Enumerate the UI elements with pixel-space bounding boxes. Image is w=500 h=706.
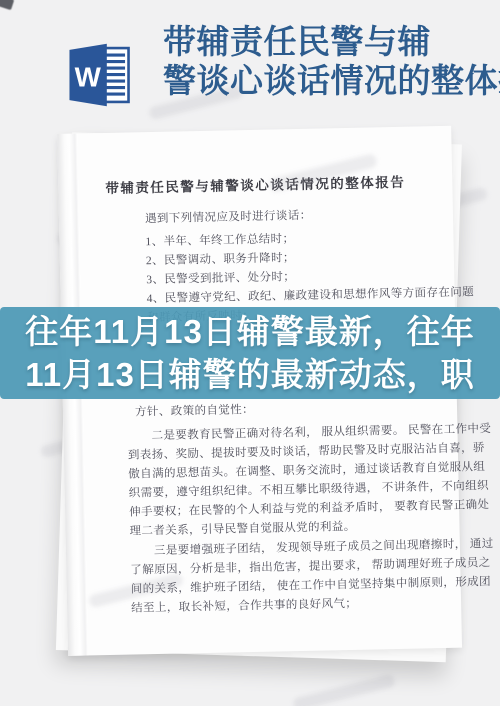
- header: W 带辅责任民警与辅 警谈心谈话情况的整体报告: [0, 0, 500, 128]
- word-icon-page-lines: [104, 55, 125, 94]
- word-icon-letter: W: [75, 61, 102, 92]
- watermark-smudge: [292, 674, 396, 706]
- doc-list-item: 1、半年、年终工作总结时；: [145, 230, 294, 249]
- doc-line: 理二者关系，引导民警自觉服从党的利益。: [129, 518, 355, 539]
- doc-list-item: 4、民警遵守党纪、政纪、廉政建设和思想作风等方面存在问题: [146, 283, 474, 306]
- overlay-title-line1: 往年11月13日辅警最新，往年: [25, 310, 475, 353]
- doc-line: 间的关系，维护班子团结， 使在工作中自觉坚持集中制原则，形成团: [131, 573, 492, 597]
- doc-list-item: 2、民警调动、职务升降时；: [146, 249, 295, 268]
- document-title: 带辅责任民警与辅警谈心谈话情况的整体报告: [58, 170, 452, 198]
- header-title-line1: 带辅责任民警与辅: [163, 22, 500, 61]
- overlay-title-band: 往年11月13日辅警最新，往年 11月13日辅警的最新动态，职: [0, 307, 500, 399]
- header-title: 带辅责任民警与辅 警谈心谈话情况的整体报告: [163, 22, 500, 100]
- doc-line: 结至上，取长补短，合作共事的良好风气；: [131, 595, 357, 616]
- overlay-title-line2: 11月13日辅警的最新动态，职: [25, 353, 475, 396]
- word-icon: W: [66, 40, 132, 110]
- document-intro: 遇到下列情况应及时进行谈话：: [145, 207, 312, 226]
- doc-line: 方针、政策的自觉性：: [135, 401, 254, 419]
- header-title-line2: 警谈心谈话情况的整体报告: [163, 61, 500, 100]
- article-cover-image: W 带辅责任民警与辅 警谈心谈话情况的整体报告 带辅责任民警与辅警谈心谈话情况的…: [0, 0, 500, 706]
- doc-line: 伸手要权；在民警的个人利益与党的利益矛盾时， 要教育民警正确处: [129, 496, 490, 520]
- doc-list-item: 3、民警受到批评、处分时；: [146, 268, 295, 287]
